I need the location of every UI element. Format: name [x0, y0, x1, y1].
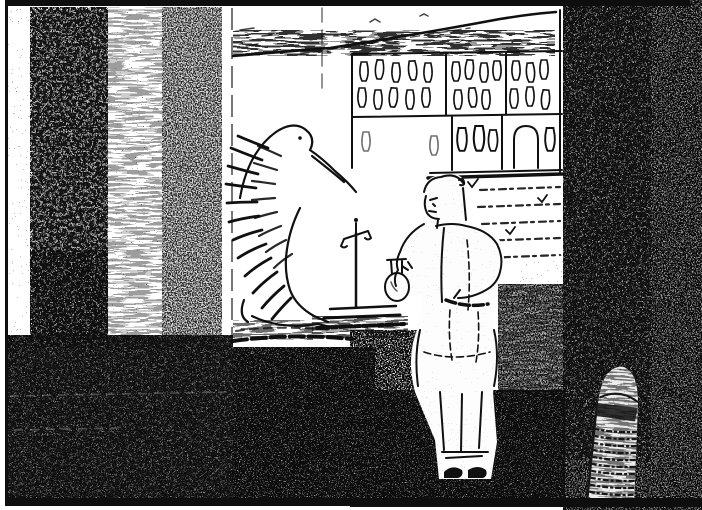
engraving-scan — [0, 0, 702, 510]
global-scan-speckle — [0, 0, 702, 510]
engraving-image — [0, 0, 702, 510]
